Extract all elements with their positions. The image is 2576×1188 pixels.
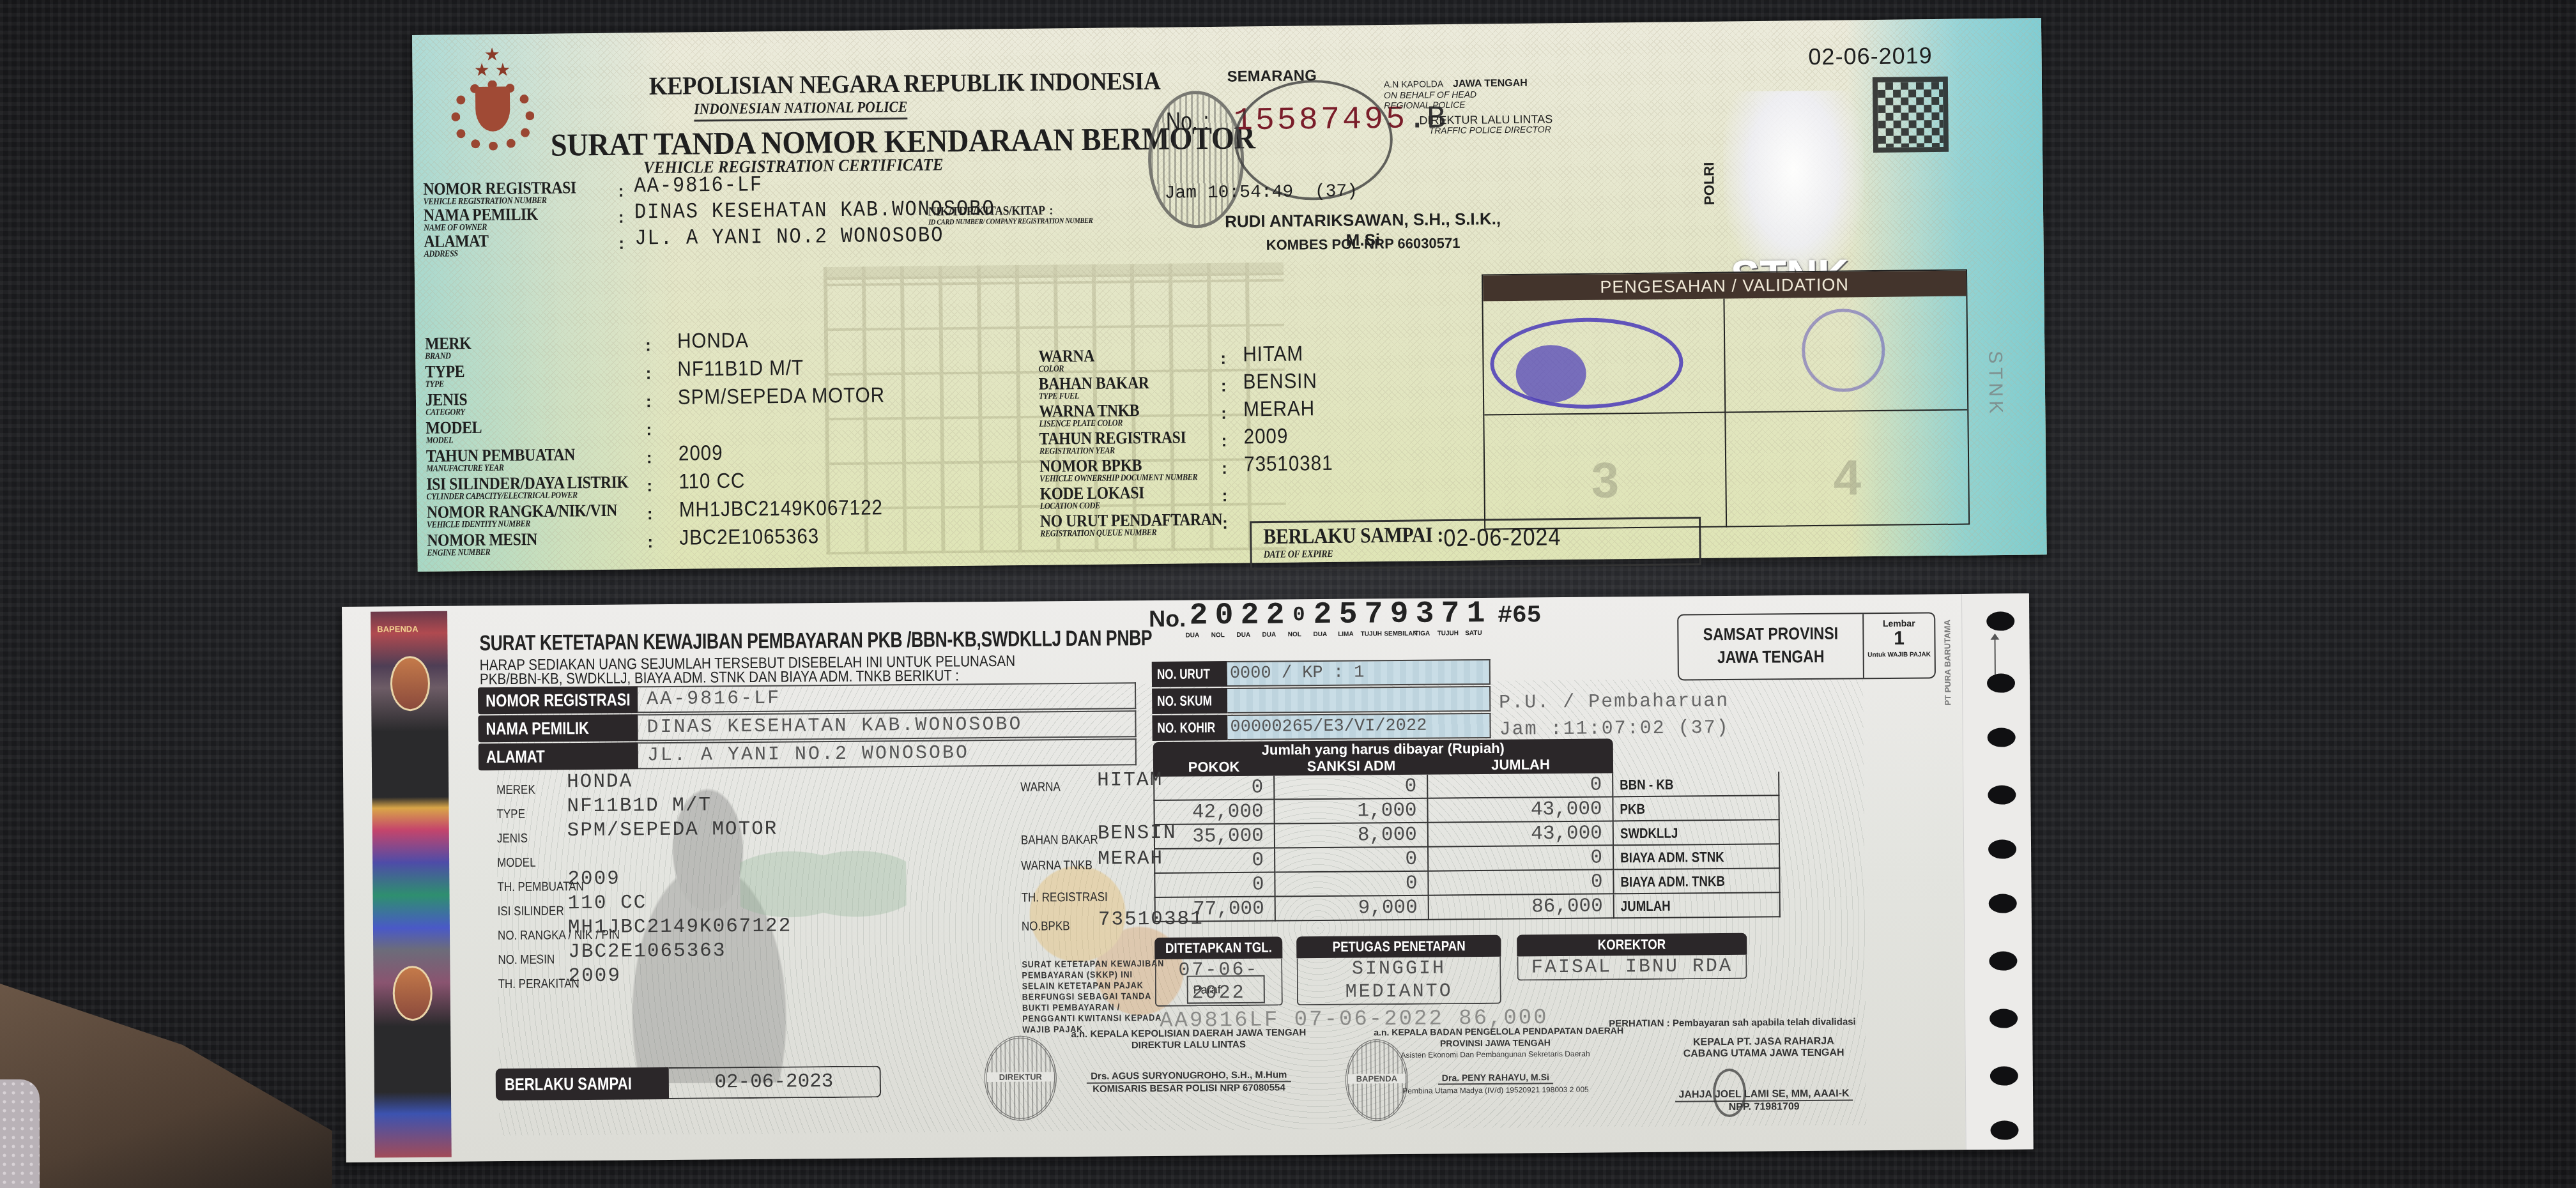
field-label: NOMOR RANGKA/NIK/VINVEHICLE IDENTITY NUM…: [427, 502, 618, 530]
receipt-title: SURAT KETETAPAN KEWAJIBAN PEMBAYARAN PKB…: [479, 626, 1152, 656]
skkp-notice: SURAT KETETAPAN KEWAJIBAN PEMBAYARAN (SK…: [1022, 958, 1166, 1035]
payment-item-label: BIAYA ADM. TNKB: [1614, 869, 1780, 894]
receipt-digit: 7: [1437, 598, 1463, 630]
issue-city: SEMARANG: [1227, 67, 1317, 86]
receipt-digit: 0: [1211, 600, 1237, 632]
corrector: KOREKTOR FAISAL IBNU RDA: [1517, 933, 1747, 981]
punch-hole: [1988, 785, 2016, 804]
field-label: WARNACOLOR: [1038, 347, 1094, 374]
reference-row: NO. URUT0000 / KP : 1: [1152, 659, 1491, 687]
field-value: JBC2E1065363: [568, 940, 726, 963]
field-value: HONDA: [677, 328, 749, 353]
assessing-officer: PETUGAS PENETAPAN SINGGIH MEDIANTO: [1296, 935, 1501, 1006]
print-time: Jam :11:07:02 (37): [1499, 717, 1729, 741]
punch-hole: [1990, 1120, 2018, 1139]
office-stamp-icon: [1147, 90, 1245, 229]
director-stamp-icon: DIREKTUR: [984, 1035, 1057, 1121]
field-label: ALAMATADDRESS: [424, 232, 489, 259]
field-value: JL. A YANI NO.2 WONOSOBO: [634, 224, 944, 251]
field-value: BENSIN: [1243, 369, 1317, 393]
field-value: 110 CC: [568, 892, 647, 915]
hologram-strip: BAPENDA: [371, 611, 452, 1158]
payment-table: Jumlah yang harus dibayar (Rupiah) POKOK…: [1153, 737, 1825, 922]
hologram-seal-icon: [390, 656, 431, 711]
receipt-digit: 2: [1186, 600, 1211, 632]
field-label: ISI SILINDER: [498, 904, 564, 919]
payment-notice: PERHATIAN : Pembayaran sah apabila telah…: [1609, 1016, 1856, 1029]
receipt-digit: 9: [1386, 598, 1412, 630]
field-value: 2009: [567, 868, 620, 891]
receipt-digit: 2: [1310, 599, 1335, 631]
jumlah-cell: 43,000: [1429, 821, 1614, 847]
punch-hole: [1988, 727, 2016, 747]
assessment-date: DITETAPKAN TGL. 07-06-2022: [1154, 936, 1283, 1007]
payment-item-label: SWDKLLJ: [1614, 820, 1780, 846]
punch-hole: [1986, 611, 2014, 630]
signatory-police: a.n. KEPALA KEPOLISIAN DAERAH JAWA TENGA…: [1054, 1027, 1323, 1095]
validation-cell-2: [1724, 296, 1967, 413]
pokok-cell: 0: [1154, 849, 1275, 874]
field-value: 2009: [568, 965, 621, 988]
field-label: NO.BPKB: [1022, 919, 1070, 934]
field-label: WARNA: [1020, 780, 1061, 795]
field-label: TAHUN REGISTRASIREGISTRATION YEAR: [1039, 429, 1186, 456]
signatory-rank: KOMBES POL NRP 66030571: [1216, 234, 1510, 254]
receipt-digit: 5: [1335, 598, 1361, 630]
stnk-vertical-mark: STNK: [1984, 351, 2006, 417]
field-value: NF11B1D M/T: [677, 356, 804, 381]
service-type: P.U. / Pembaharuan: [1499, 690, 1729, 714]
field-label: ISI SILINDER/DAYA LISTRIKCYLINDER CAPACI…: [426, 473, 628, 501]
identity-value: AA-9816-LF: [638, 682, 1136, 713]
identity-value: DINAS KESEHATAN KAB.WONOSOBO: [638, 710, 1136, 741]
sanksi-cell: 1,000: [1275, 799, 1428, 825]
validation-cell-1: [1483, 299, 1726, 416]
field-label: WARNA TNKBLISENCE PLATE COLOR: [1039, 402, 1139, 429]
field-label: NAMA PEMILIKNAME OF OWNER: [424, 206, 538, 233]
field-label: TAHUN PEMBUATANMANUFACTURE YEAR: [426, 446, 575, 473]
validation-cell-3: 3: [1484, 413, 1727, 529]
agency-name: KEPOLISIAN NEGARA REPUBLIK INDONESIA: [649, 66, 1161, 101]
reference-row: NO. SKUM: [1152, 686, 1491, 714]
field-label: WARNA TNKB: [1021, 858, 1092, 874]
field-value: 2009: [1243, 424, 1288, 449]
receipt-digit: 2: [1262, 599, 1288, 631]
field-label: MODEL: [497, 856, 536, 871]
field-value: AA-9816-LF: [634, 173, 763, 199]
field-label: NO. MESIN: [498, 952, 555, 968]
payment-item-label: BBN - KB: [1613, 772, 1779, 797]
pokok-cell: 0: [1154, 873, 1275, 898]
agency-name-en: INDONESIAN NATIONAL POLICE: [694, 99, 907, 121]
field-label: TYPE: [496, 807, 525, 822]
field-label: BAHAN BAKAR: [1021, 833, 1098, 848]
identity-row: NAMA PEMILIKDINAS KESEHATAN KAB.WONOSOBO: [478, 710, 1136, 742]
field-value: SPM/SEPEDA MOTOR: [678, 383, 885, 409]
field-label: MODELMODEL: [425, 419, 482, 446]
field-label: TH. REGISTRASI: [1022, 890, 1108, 906]
jumlah-cell: 0: [1429, 870, 1614, 895]
sanksi-cell: 9,000: [1276, 896, 1429, 922]
field-label: JENIS: [497, 832, 528, 846]
receipt-digit: 0: [1288, 599, 1310, 631]
field-value: HITAM: [1243, 341, 1303, 366]
print-time: Jam 10:54:49 (37): [1165, 182, 1358, 204]
field-label: NOMOR REGISTRASIVEHICLE REGISTRATION NUM…: [423, 179, 576, 207]
field-value: SPM/SEPEDA MOTOR: [567, 818, 778, 842]
field-value: HONDA: [567, 770, 632, 793]
receipt-digit: 2: [1237, 600, 1262, 632]
arrow-up-icon: [1994, 639, 1995, 674]
field-value: 73510381: [1098, 908, 1204, 931]
perforated-strip: [1961, 593, 2034, 1150]
identity-row: NOMOR REGISTRASIAA-9816-LF: [478, 682, 1136, 714]
identity-table: NOMOR REGISTRASIAA-9816-LFNAMA PEMILIKDI…: [478, 682, 1137, 772]
field-label: TH. PERAKITAN: [498, 977, 579, 992]
validation-cell-4: 4: [1726, 411, 1968, 528]
expiry-date: 02-06-2023: [668, 1065, 880, 1099]
punch-hole: [1989, 1009, 2018, 1028]
reference-value: 00000265/E3/VI/2022: [1227, 713, 1491, 740]
punch-hole: [1987, 673, 2015, 692]
field-value: NF11B1D M/T: [567, 794, 712, 818]
field-label: TYPETYPE: [425, 363, 464, 390]
identity-value: JL. A YANI NO.2 WONOSOBO: [638, 738, 1137, 769]
jasa-raharja-logo-icon: [1713, 1069, 1747, 1117]
sanksi-cell: 0: [1275, 775, 1428, 800]
punch-hole: [1988, 839, 2016, 858]
field-value: 2009: [678, 441, 723, 466]
receipt-digit: 3: [1412, 598, 1437, 630]
reference-value: [1227, 686, 1491, 713]
skkp-tax-receipt: BAPENDA SURAT KETETAPAN KEWAJIBAN PEMBAY…: [342, 593, 2033, 1162]
sanksi-cell: 8,000: [1275, 823, 1429, 849]
reference-table: NO. URUT0000 / KP : 1NO. SKUMNO. KOHIR00…: [1152, 659, 1491, 742]
jumlah-cell: 0: [1428, 773, 1613, 798]
jumlah-cell: 43,000: [1428, 797, 1613, 823]
faded-stamp-icon: [1802, 308, 1885, 392]
field-value: 73510381: [1244, 451, 1333, 476]
reference-value: 0000 / KP : 1: [1227, 659, 1491, 687]
jumlah-cell: 0: [1429, 846, 1614, 871]
receipt-digit: 7: [1361, 598, 1386, 630]
hologram-seal-icon: [392, 966, 433, 1021]
payment-item-label: PKB: [1613, 796, 1779, 821]
samsat-box: SAMSAT PROVINSI JAWA TENGAH Lembar 1 Unt…: [1677, 612, 1936, 680]
payment-item-label: BIAYA ADM. STNK: [1614, 844, 1780, 870]
polri-mark: POLRI: [1701, 162, 1718, 206]
field-label: KODE LOKASILOCATION CODE: [1039, 484, 1144, 512]
printer-mark: PT PURA BARUTAMA: [1942, 620, 1952, 705]
copy-number: Lembar 1 Untuk WAJIB PAJAK: [1862, 613, 1935, 678]
field-label: MERKBRAND: [425, 335, 471, 362]
field-value: MERAH: [1098, 848, 1163, 871]
field-label: JENISCATEGORY: [425, 391, 468, 418]
field-value: 110 CC: [678, 469, 745, 494]
police-emblem-icon: ★★ ★: [450, 47, 535, 149]
reference-row: NO. KOHIR00000265/E3/VI/2022: [1152, 713, 1491, 741]
punch-hole: [1989, 951, 2017, 970]
punch-hole: [1989, 894, 2017, 913]
field-label: NOMOR BPKBVEHICLE OWNERSHIP DOCUMENT NUM…: [1039, 456, 1197, 484]
punch-hole: [1990, 1066, 2018, 1085]
field-value: MERAH: [1243, 396, 1315, 421]
signatory-jasa-raharja: KEPALA PT. JASA RAHARJA CABANG UTAMA JAW…: [1642, 1035, 1885, 1114]
field-value: BENSIN: [1098, 822, 1177, 845]
pokok-cell: 0: [1153, 776, 1275, 801]
sanksi-cell: 0: [1275, 848, 1429, 873]
field-value: MH1JBC2149K067122: [568, 915, 792, 939]
receipt-number: No.202202579371#65 DUANOLDUADUANOLDUALIM…: [1149, 597, 1542, 632]
nik-label: NIK/TDP/KITAS/KITAP : ID CARD NUMBER/ CO…: [928, 203, 1120, 225]
field-value: JBC2E1065363: [679, 524, 819, 549]
jumlah-cell: 86,000: [1429, 894, 1614, 920]
validation-box: PENGESAHAN / VALIDATION 3 4: [1482, 270, 1970, 530]
payment-header: Jumlah yang harus dibayar (Rupiah) POKOK…: [1153, 738, 1613, 777]
issue-date: 02-06-2019: [1808, 42, 1933, 70]
stnk-certificate: ★★ ★ KEPOLISIAN NEGARA REPUBLIK INDONESI…: [412, 18, 2047, 572]
field-label: MEREK: [496, 783, 535, 798]
field-value: HITAM: [1097, 769, 1163, 792]
signatory-bapenda: a.n. KEPALA BADAN PENGELOLA PENDAPATAN D…: [1374, 1024, 1617, 1097]
identity-row: ALAMATJL. A YANI NO.2 WONOSOBO: [479, 738, 1137, 770]
expiry-box: BERLAKU SAMPAI 02-06-2023: [496, 1065, 881, 1100]
field-label: NO URUT PENDAFTARANREGISTRATION QUEUE NU…: [1040, 511, 1223, 539]
qr-code-icon: [1873, 77, 1949, 153]
shoe-sole: [0, 1079, 40, 1188]
field-label: NOMOR MESINENGINE NUMBER: [427, 531, 537, 558]
field-label: BAHAN BAKARTYPE FUEL: [1039, 374, 1149, 402]
payment-item-label: JUMLAH: [1614, 893, 1781, 918]
receipt-digit: 1: [1463, 598, 1489, 630]
field-value: MH1JBC2149K067122: [679, 495, 883, 521]
authority-block: A.N KAPOLDA JAWA TENGAH ON BEHALF OF HEA…: [1384, 77, 1553, 136]
sanksi-cell: 0: [1275, 872, 1429, 897]
